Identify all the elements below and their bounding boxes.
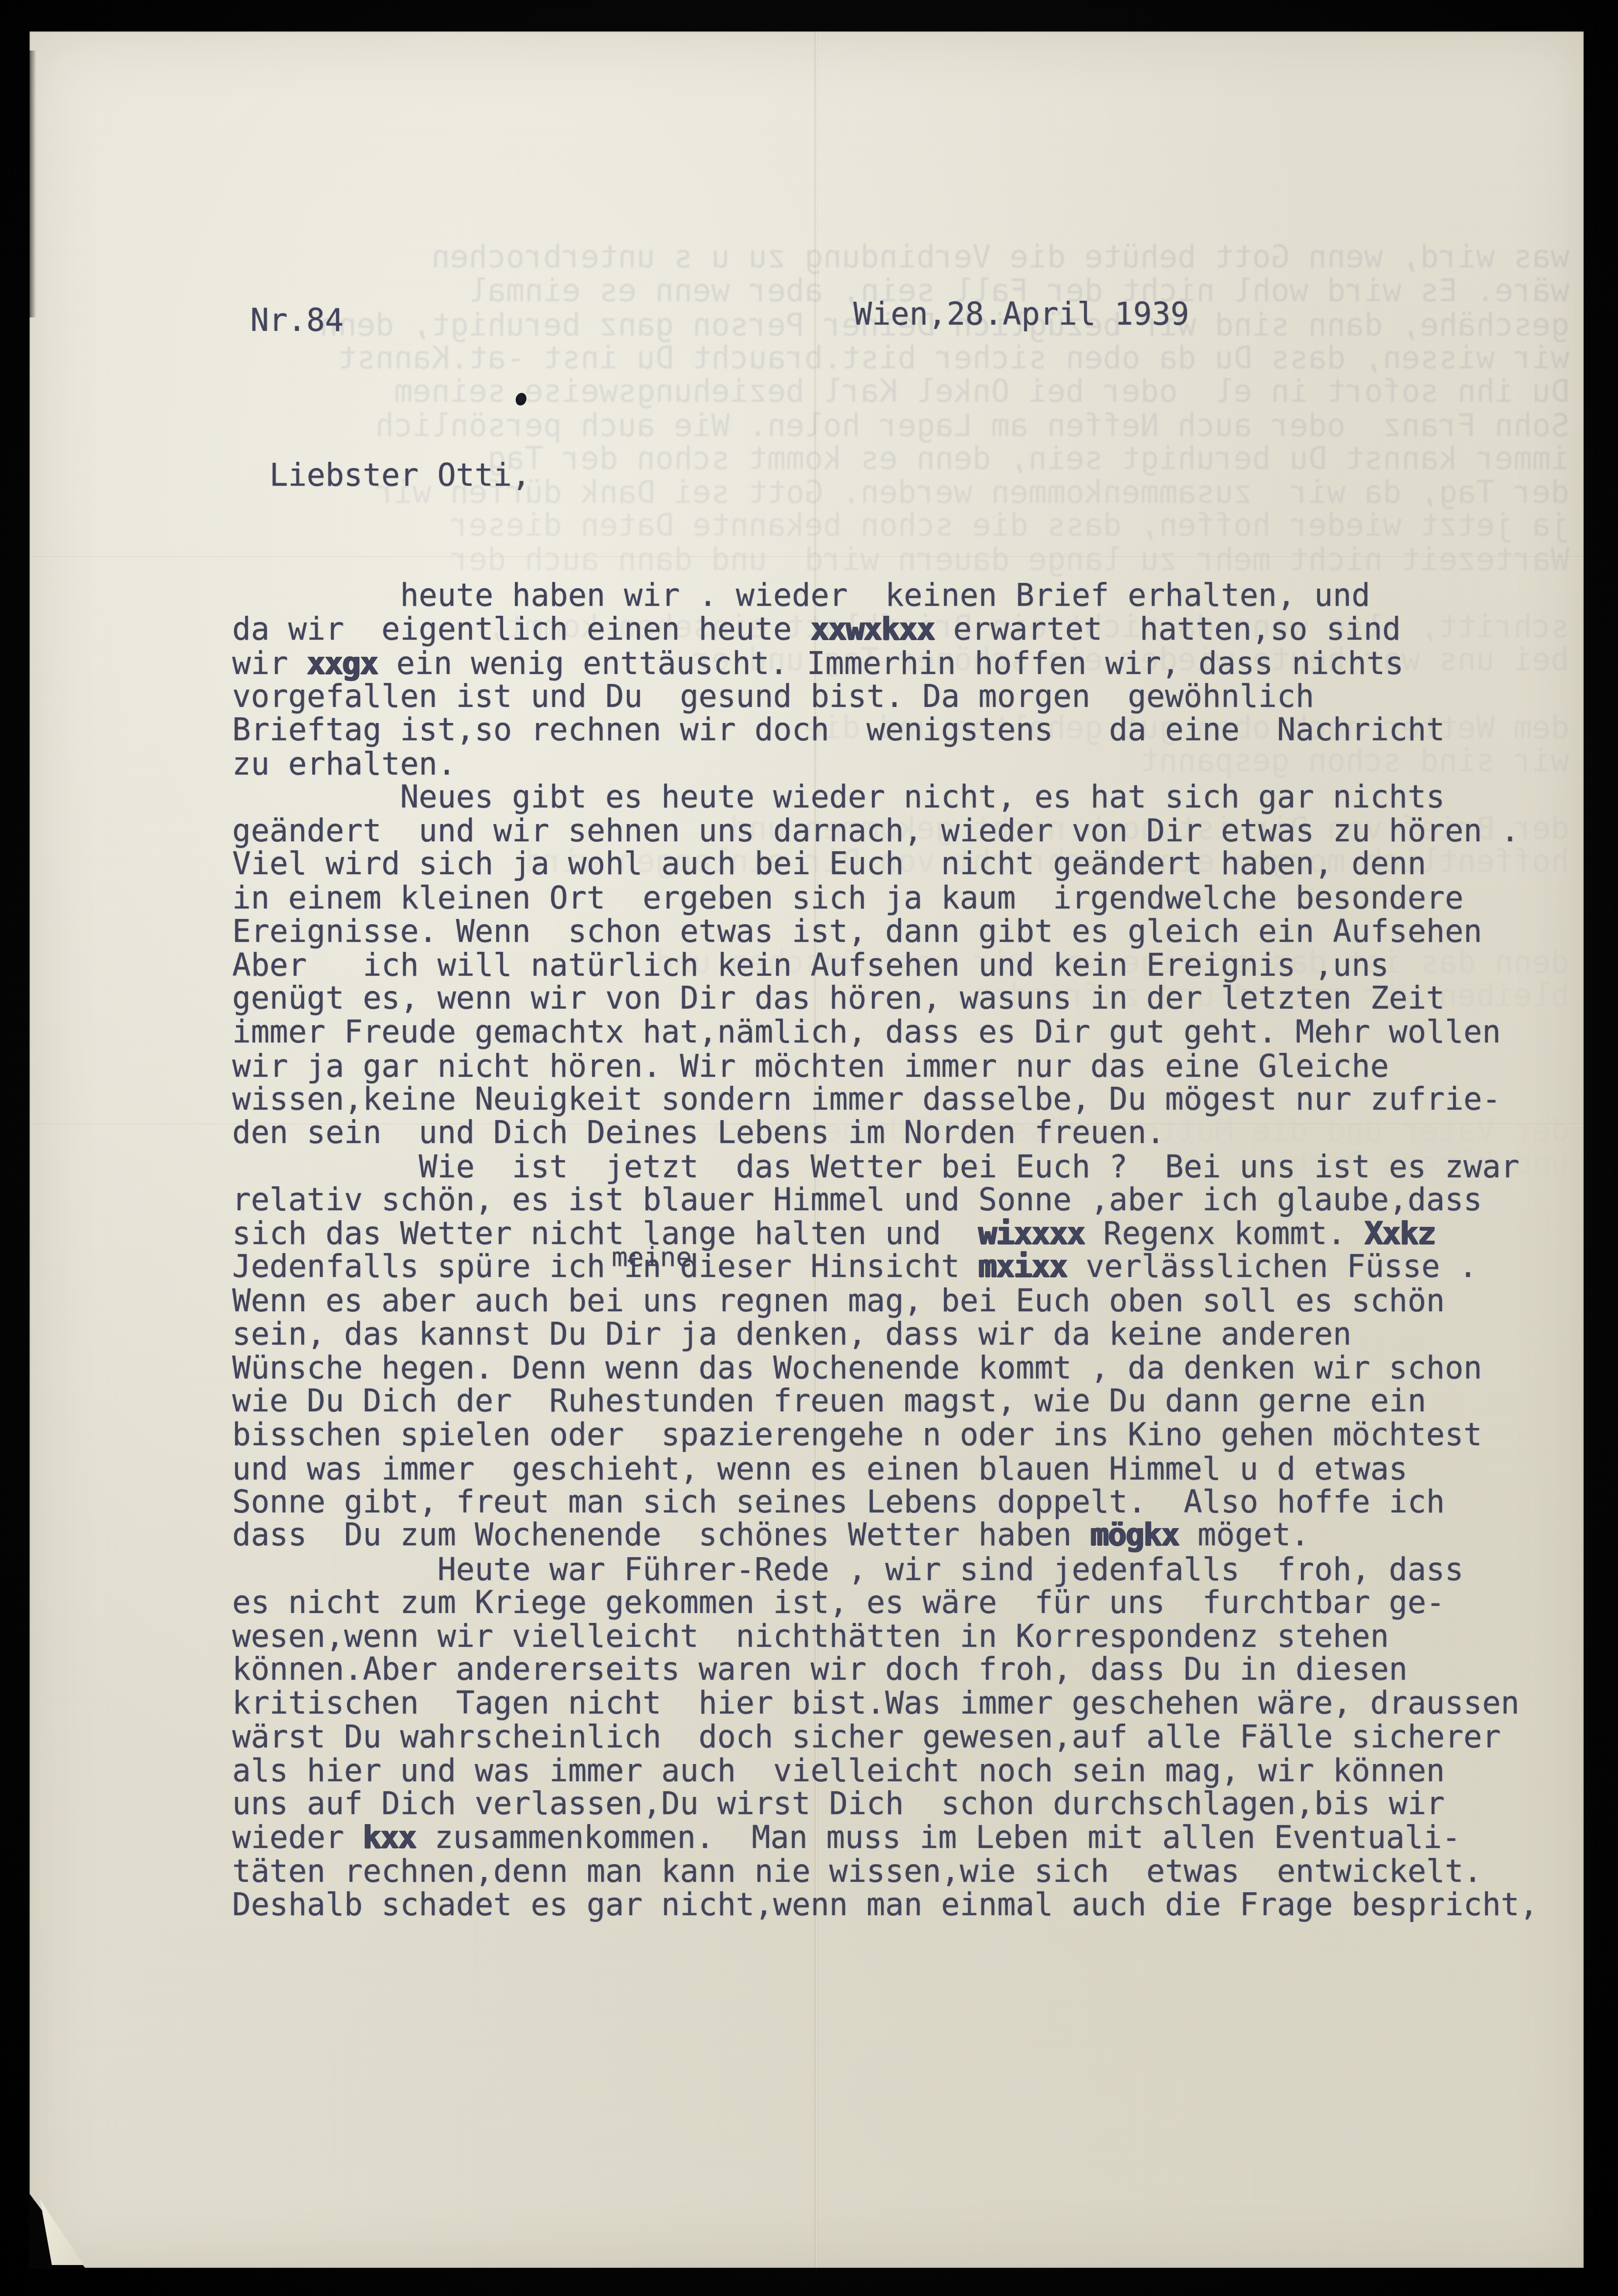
- text-line: sein, das kannst Du Dir ja denken, dass …: [232, 1318, 1557, 1351]
- overtyped-word: mögkx: [1090, 1517, 1179, 1553]
- text-line: wir wissen, dass Du da oben sicher bist.…: [44, 342, 1569, 375]
- horizontal-fold-crease: [30, 556, 1584, 559]
- letter-body: heute haben wir . wieder keinen Brief er…: [232, 580, 1557, 1922]
- text-line: Sohn Franz oder auch Neffen am Lager hol…: [44, 409, 1569, 443]
- text-line: können.Aber andererseits waren wir doch …: [232, 1653, 1557, 1686]
- text-line: wir xxgx ein wenig enttäuscht. Immerhin …: [232, 647, 1557, 681]
- overtyped-word: xxgx: [307, 646, 378, 682]
- text-line: kritischen Tagen nicht hier bist.Was imm…: [232, 1687, 1557, 1720]
- text-line: Sonne gibt, freut man sich seines Lebens…: [232, 1486, 1557, 1519]
- text-line: relativ schön, es ist blauer Himmel und …: [232, 1184, 1557, 1217]
- overtyped-word: mxixx: [978, 1249, 1067, 1285]
- text-line: wieder kxx zusammenkommen. Man muss im L…: [232, 1821, 1557, 1855]
- text-line: Brieftag ist,so rechnen wir doch wenigst…: [232, 714, 1557, 747]
- text-line: Du ihn sofort in el oder bei Onkel Karl …: [44, 375, 1569, 408]
- text-line: Viel wird sich ja wohl auch bei Euch nic…: [232, 847, 1557, 881]
- scanner-background: was wird, wenn Gott behüte die Verbindun…: [0, 0, 1618, 2296]
- text-line: bisschen spielen oder spazierengehe n od…: [232, 1418, 1557, 1452]
- letter-number: Nr.84: [250, 304, 344, 337]
- text-line: Heute war Führer-Rede , wir sind jedenfa…: [232, 1553, 1557, 1587]
- text-line: es nicht zum Kriege gekommen ist, es wär…: [232, 1586, 1557, 1620]
- overtyped-word: kxx: [363, 1820, 416, 1856]
- text-line: Ereignisse. Wenn schon etwas ist, dann g…: [232, 915, 1557, 949]
- text-line: Jedenfalls spüre ich in dieser Hinsicht …: [232, 1250, 1557, 1284]
- paper-edge-shadow: [30, 51, 36, 317]
- text-line: in einem kleinen Ort ergeben sich ja kau…: [232, 882, 1557, 915]
- letter-page: was wird, wenn Gott behüte die Verbindun…: [30, 31, 1584, 2268]
- inserted-word-above-line: meine: [612, 1244, 692, 1271]
- overtyped-word: Xxkz: [1364, 1216, 1435, 1252]
- dateline: Wien,28.April 1939: [853, 298, 1189, 331]
- text-line: Wenn es aber auch bei uns regnen mag, be…: [232, 1285, 1557, 1318]
- text-line: wärst Du wahrscheinlich doch sicher gewe…: [232, 1721, 1557, 1754]
- text-line: dass Du zum Wochenende schönes Wetter ha…: [232, 1519, 1557, 1552]
- text-line: genügt es, wenn wir von Dir das hören, w…: [232, 982, 1557, 1015]
- text-line: Deshalb schadet es gar nicht,wenn man ei…: [232, 1888, 1557, 1922]
- text-line: und was immer geschieht, wenn es einen b…: [232, 1453, 1557, 1486]
- text-line: sich das Wetter nicht lange halten und w…: [232, 1217, 1557, 1251]
- text-line: immer Freude gemachtx hat,nämlich, dass …: [232, 1016, 1557, 1049]
- text-line: den sein und Dich Deines Lebens im Norde…: [232, 1116, 1557, 1150]
- text-line: was wird, wenn Gott behüte die Verbindun…: [44, 241, 1569, 274]
- text-line: wir ja gar nicht hören. Wir möchten imme…: [232, 1050, 1557, 1083]
- overtyped-word: wixxxx: [978, 1216, 1085, 1252]
- text-line: als hier und was immer auch vielleicht n…: [232, 1755, 1557, 1788]
- text-line: täten rechnen,denn man kann nie wissen,w…: [232, 1855, 1557, 1888]
- text-line: wissen,keine Neuigkeit sondern immer das…: [232, 1083, 1557, 1116]
- salutation: Liebster Otti,: [269, 459, 531, 492]
- text-line: vorgefallen ist und Du gesund bist. Da m…: [232, 680, 1557, 714]
- text-line: heute haben wir . wieder keinen Brief er…: [232, 579, 1557, 612]
- text-line: wesen,wenn wir vielleicht nichthätten in…: [232, 1620, 1557, 1653]
- text-line: Wünsche hegen. Denn wenn das Wochenende …: [232, 1352, 1557, 1385]
- text-line: Neues gibt es heute wieder nicht, es hat…: [232, 781, 1557, 814]
- text-line: Wartezeit nicht mehr zu lange dauern wir…: [44, 543, 1569, 577]
- text-line: ja jetzt wieder hoffen, dass die schon b…: [44, 509, 1569, 542]
- text-line: wie Du Dich der Ruhestunden freuen magst…: [232, 1385, 1557, 1418]
- text-line: da wir eigentlich einen heute xxwxkxx er…: [232, 613, 1557, 646]
- text-line: Wie ist jetzt das Wetter bei Euch ? Bei …: [232, 1151, 1557, 1184]
- text-line: Aber ich will natürlich kein Aufsehen un…: [232, 949, 1557, 982]
- text-line: geändert und wir sehnen uns darnach, wie…: [232, 815, 1557, 848]
- overtyped-word: xxwxkxx: [810, 612, 934, 647]
- text-line: zu erhalten.: [232, 748, 1557, 781]
- text-line: uns auf Dich verlassen,Du wirst Dich sch…: [232, 1787, 1557, 1821]
